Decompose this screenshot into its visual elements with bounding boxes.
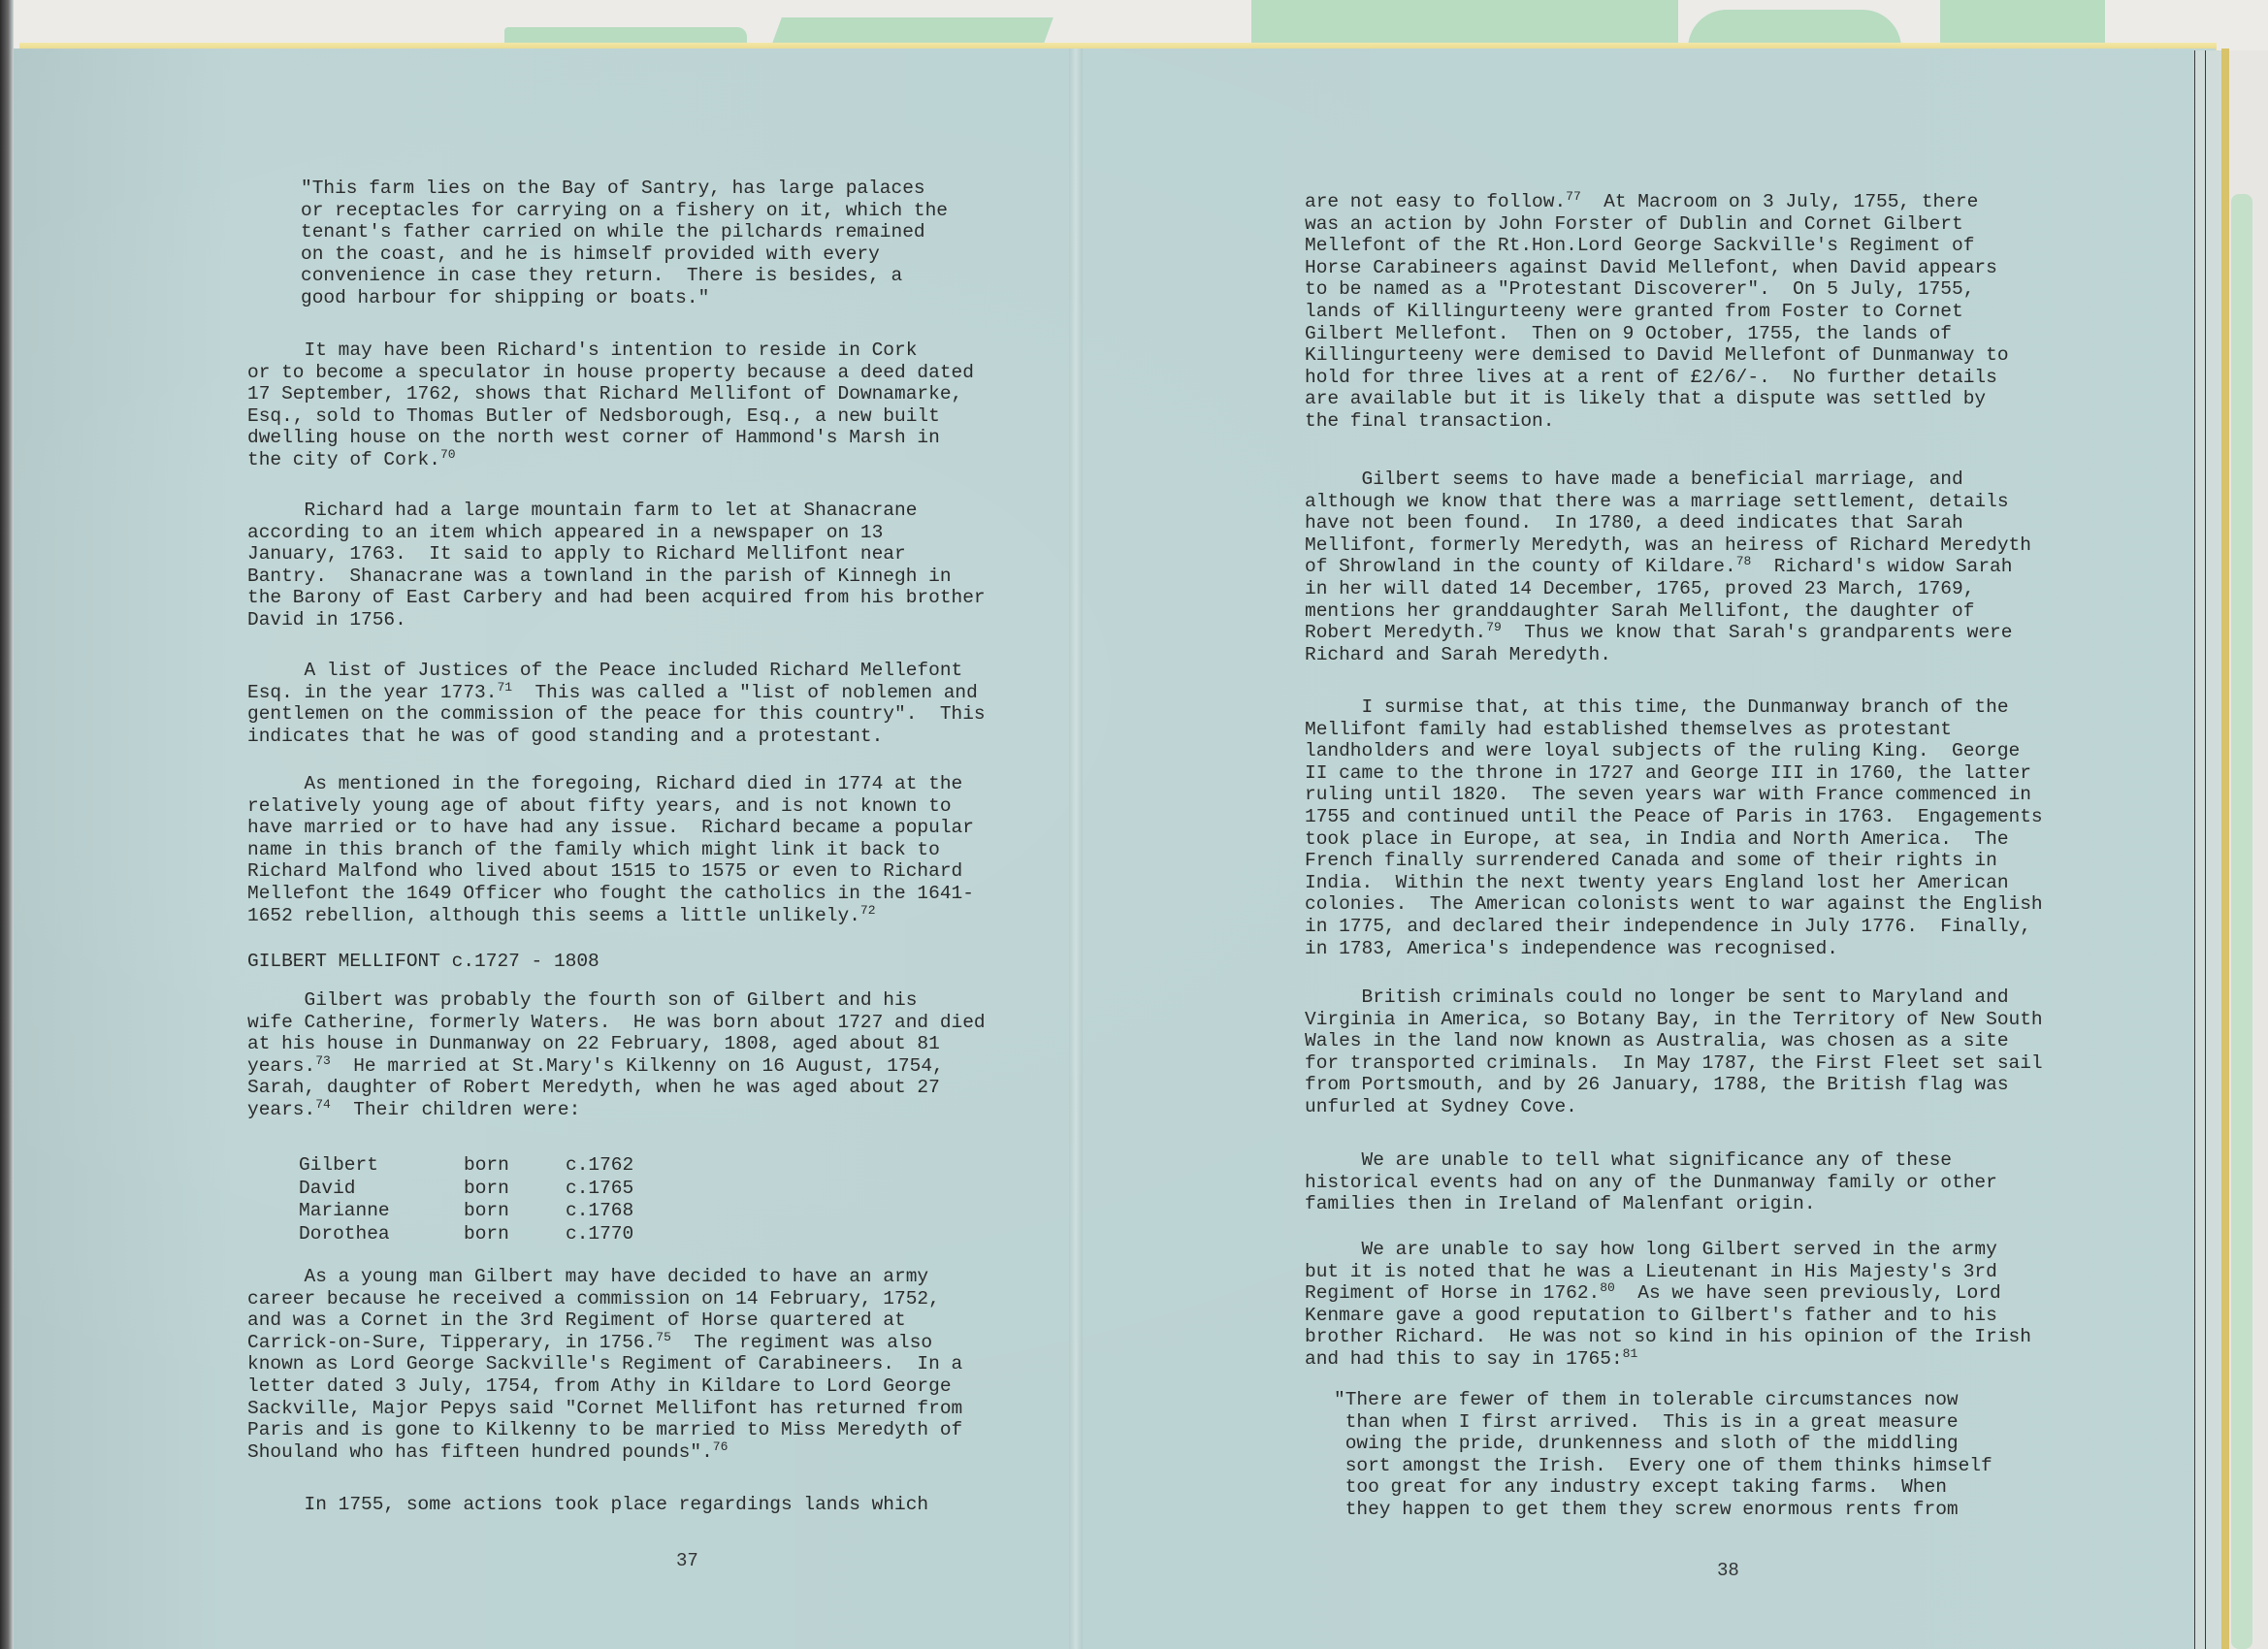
text-line: in 1783, America's independence was reco… xyxy=(1305,938,2043,960)
footnote-marker: 80 xyxy=(1600,1280,1615,1295)
paragraph: We are unable to tell what significance … xyxy=(1305,1149,1997,1215)
text-line: owing the pride, drunkenness and sloth o… xyxy=(1334,1433,1993,1455)
text-line: We are unable to say how long Gilbert se… xyxy=(1305,1239,2031,1261)
text-line: unfurled at Sydney Cove. xyxy=(1305,1096,2043,1118)
text-line: Wales in the land now known as Australia… xyxy=(1305,1030,2043,1052)
text-line: I surmise that, at this time, the Dunman… xyxy=(1305,696,2043,719)
block-quote: "There are fewer of them in tolerable ci… xyxy=(1334,1389,1993,1521)
text-line: Robert Meredyth.79 Thus we know that Sar… xyxy=(1305,622,2031,644)
text-line: are not easy to follow.77 At Macroom on … xyxy=(1305,191,2009,213)
text-line: landholders and were loyal subjects of t… xyxy=(1305,740,2043,762)
text-line: Mellifont family had established themsel… xyxy=(1305,719,2043,741)
paragraph: are not easy to follow.77 At Macroom on … xyxy=(1305,191,2009,433)
text-line: II came to the throne in 1727 and George… xyxy=(1305,762,2043,785)
footnote-marker: 78 xyxy=(1736,554,1752,568)
text-line: have not been found. In 1780, a deed ind… xyxy=(1305,512,2031,534)
text-line: mentions her granddaughter Sarah Mellifo… xyxy=(1305,600,2031,623)
text-line: British criminals could no longer be sen… xyxy=(1305,986,2043,1009)
text-line: Virginia in America, so Botany Bay, in t… xyxy=(1305,1009,2043,1031)
text-line: Gilbert seems to have made a beneficial … xyxy=(1305,469,2031,491)
text-line: colonies. The American colonists went to… xyxy=(1305,893,2043,916)
text-line: Mellefont of the Rt.Hon.Lord George Sack… xyxy=(1305,235,2009,257)
text-line: 1755 and continued until the Peace of Pa… xyxy=(1305,806,2043,828)
text-line: from Portsmouth, and by 26 January, 1788… xyxy=(1305,1074,2043,1096)
paragraph: Gilbert seems to have made a beneficial … xyxy=(1305,469,2031,665)
text-line: brother Richard. He was not so kind in h… xyxy=(1305,1326,2031,1348)
text-line: sort amongst the Irish. Every one of the… xyxy=(1334,1455,1993,1477)
text-line: Gilbert Mellefont. Then on 9 October, 17… xyxy=(1305,323,2009,345)
text-line: in her will dated 14 December, 1765, pro… xyxy=(1305,578,2031,600)
text-line: of Shrowland in the county of Kildare.78… xyxy=(1305,556,2031,578)
text-line: Killingurteeny were demised to David Mel… xyxy=(1305,344,2009,367)
text-line: too great for any industry except taking… xyxy=(1334,1476,1993,1499)
text-line: Kenmare gave a good reputation to Gilber… xyxy=(1305,1305,2031,1327)
text-line: and had this to say in 1765:81 xyxy=(1305,1348,2031,1371)
text-line: Mellifont, formerly Meredyth, was an hei… xyxy=(1305,534,2031,557)
text-line: families then in Ireland of Malenfant or… xyxy=(1305,1193,1997,1215)
footnote-marker: 77 xyxy=(1566,189,1581,204)
text-line: India. Within the next twenty years Engl… xyxy=(1305,872,2043,894)
text-line: in 1775, and declared their independence… xyxy=(1305,916,2043,938)
text-line: ruling until 1820. The seven years war w… xyxy=(1305,784,2043,806)
text-line: Richard and Sarah Meredyth. xyxy=(1305,644,2031,666)
paragraph: I surmise that, at this time, the Dunman… xyxy=(1305,696,2043,959)
text-line: We are unable to tell what significance … xyxy=(1305,1149,1997,1172)
text-line: lands of Killingurteeny were granted fro… xyxy=(1305,301,2009,323)
text-line: "There are fewer of them in tolerable ci… xyxy=(1334,1389,1993,1411)
text-line: was an action by John Forster of Dublin … xyxy=(1305,213,2009,236)
footnote-marker: 79 xyxy=(1486,620,1502,634)
text-line: the final transaction. xyxy=(1305,410,2009,433)
text-line: hold for three lives at a rent of £2/6/-… xyxy=(1305,367,2009,389)
footnote-marker: 81 xyxy=(1623,1346,1638,1361)
text-line: Horse Carabineers against David Mellefon… xyxy=(1305,257,2009,279)
text-line: Regiment of Horse in 1762.80 As we have … xyxy=(1305,1282,2031,1305)
paragraph: British criminals could no longer be sen… xyxy=(1305,986,2043,1118)
paragraph: We are unable to say how long Gilbert se… xyxy=(1305,1239,2031,1371)
text-line: they happen to get them they screw enorm… xyxy=(1334,1499,1993,1521)
text-line: are available but it is likely that a di… xyxy=(1305,388,2009,410)
text-line: but it is noted that he was a Lieutenant… xyxy=(1305,1261,2031,1283)
text-line: although we know that there was a marria… xyxy=(1305,491,2031,513)
text-line: French finally surrendered Canada and so… xyxy=(1305,850,2043,872)
page-38: 38 are not easy to follow.77 At Macroom … xyxy=(0,0,2268,1649)
text-line: for transported criminals. In May 1787, … xyxy=(1305,1052,2043,1075)
text-line: took place in Europe, at sea, in India a… xyxy=(1305,828,2043,851)
text-line: historical events had on any of the Dunm… xyxy=(1305,1172,1997,1194)
text-line: to be named as a "Protestant Discoverer"… xyxy=(1305,278,2009,301)
text-line: than when I first arrived. This is in a … xyxy=(1334,1411,1993,1434)
page-number: 38 xyxy=(1717,1560,1739,1582)
